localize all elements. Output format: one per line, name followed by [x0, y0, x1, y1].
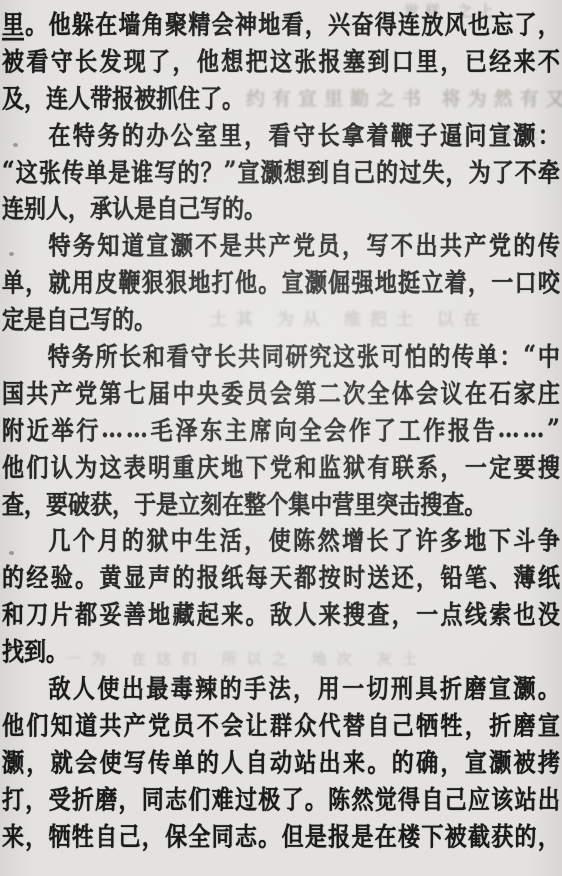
glyph: 经: [26, 559, 48, 595]
glyph: 报: [448, 411, 470, 447]
glyph: 毒: [171, 669, 193, 705]
glyph: 全: [367, 374, 389, 410]
glyph: 同: [212, 817, 234, 853]
glyph: 月: [97, 522, 119, 558]
glyph: 让: [246, 706, 268, 742]
glyph: 获: [90, 485, 112, 521]
glyph: 查: [2, 485, 24, 521]
glyph: 难: [212, 780, 234, 816]
glyph: 宣: [489, 116, 511, 152]
glyph: 出: [319, 743, 341, 779]
glyph: 众: [294, 706, 316, 742]
glyph: 会: [324, 411, 346, 447]
glyph: 兴: [328, 5, 350, 41]
glyph: 活: [220, 522, 242, 558]
glyph: 张: [357, 337, 379, 373]
glyph: 墙: [118, 5, 140, 41]
glyph: 保: [165, 817, 187, 853]
glyph: 的: [112, 301, 134, 337]
glyph: 单: [85, 153, 107, 189]
glyph: 的: [173, 559, 195, 595]
glyph: 向: [275, 411, 297, 447]
glyph: 他: [2, 448, 24, 484]
glyph: 极: [258, 780, 280, 816]
glyph: 。: [75, 559, 97, 595]
glyph: ，: [25, 817, 47, 853]
glyph: ，: [293, 669, 315, 705]
glyph: 击: [398, 485, 420, 521]
glyph: 来: [343, 743, 365, 779]
glyph: 狱: [146, 522, 168, 558]
glyph: 挺: [398, 264, 420, 300]
glyph: “: [523, 340, 536, 370]
glyph: 自: [246, 743, 268, 779]
glyph: 来: [319, 596, 341, 632]
glyph: ，: [244, 116, 266, 152]
glyph: 放: [421, 5, 443, 41]
glyph: 狱: [343, 448, 365, 484]
glyph: 他: [2, 706, 24, 742]
glyph: 是: [351, 817, 373, 853]
glyph: 验: [51, 559, 73, 595]
glyph: 。: [244, 190, 266, 226]
glyph: 不: [515, 153, 537, 189]
glyph: 张: [39, 153, 61, 189]
glyph: 许: [415, 522, 437, 558]
glyph: 奋: [351, 5, 373, 41]
glyph: 二: [319, 374, 341, 410]
glyph: 获: [491, 817, 513, 853]
glyph: 宣: [237, 153, 259, 189]
glyph: ”: [547, 414, 560, 444]
glyph: 查: [442, 485, 464, 521]
glyph: 牺: [416, 706, 438, 742]
glyph: 体: [392, 374, 414, 410]
glyph: 要: [514, 448, 536, 484]
glyph: 席: [250, 411, 272, 447]
glyph: 公: [171, 116, 193, 152]
glyph: 报: [328, 817, 350, 853]
glyph: 承: [90, 190, 112, 226]
glyph: 他: [197, 42, 219, 78]
glyph: 是: [108, 153, 130, 189]
glyph: 确: [416, 743, 438, 779]
glyph: 口: [515, 264, 537, 300]
glyph: 皮: [95, 264, 117, 300]
glyph: ，: [342, 227, 364, 263]
glyph: 写: [90, 301, 112, 337]
glyph: 也: [514, 596, 536, 632]
glyph: 人: [73, 669, 95, 705]
glyph: 守: [51, 42, 73, 78]
glyph: 现: [124, 42, 146, 78]
glyph: 党: [293, 227, 315, 263]
glyph: 群: [270, 706, 292, 742]
glyph: 产: [464, 227, 486, 263]
glyph: 。: [25, 5, 47, 41]
glyph: 出: [122, 669, 144, 705]
glyph: 同: [142, 780, 164, 816]
glyph: 自: [46, 301, 68, 337]
glyph: ”: [224, 156, 237, 186]
glyph: 产: [124, 706, 146, 742]
glyph: 和: [143, 337, 165, 373]
glyph: 磨: [464, 669, 486, 705]
glyph: 。: [222, 79, 244, 115]
glyph: “: [2, 156, 15, 186]
glyph: 就: [51, 743, 73, 779]
glyph: 送: [367, 559, 389, 595]
glyph: 宣: [465, 743, 487, 779]
glyph: 搜: [420, 485, 442, 521]
glyph: 第: [294, 374, 316, 410]
glyph: 守: [293, 116, 315, 152]
glyph: ，: [538, 817, 560, 853]
glyph: 泽: [175, 411, 197, 447]
glyph: 来: [514, 42, 536, 78]
glyph: 手: [244, 669, 266, 705]
glyph: 。: [305, 780, 327, 816]
glyph: 笔: [465, 559, 487, 595]
glyph: 鞭: [391, 116, 413, 152]
glyph: 共: [26, 374, 48, 410]
glyph: 。: [367, 743, 389, 779]
glyph: 长: [214, 337, 236, 373]
glyph: 了: [492, 153, 514, 189]
glyph: 点: [440, 596, 462, 632]
glyph: 具: [415, 669, 437, 705]
glyph: 站: [294, 743, 316, 779]
glyph: 角: [142, 5, 164, 41]
glyph: 不: [391, 227, 413, 263]
glyph: 声: [148, 559, 170, 595]
glyph: 使: [269, 522, 291, 558]
glyph: 举: [52, 411, 74, 447]
glyph: 索: [489, 596, 511, 632]
glyph: 灏: [171, 227, 193, 263]
glyph: 牵: [538, 153, 560, 189]
glyph: 可: [381, 337, 403, 373]
glyph: 片: [51, 596, 73, 632]
body-text: 里。他躲在墙角聚精会神地看，兴奋得连放风也忘了，被看守长发现了，他想把这张报塞到…: [2, 5, 560, 853]
glyph: 务: [97, 116, 119, 152]
glyph: 知: [51, 706, 73, 742]
glyph: 宣: [538, 706, 560, 742]
glyph: 塞: [343, 42, 365, 78]
glyph: 别: [24, 190, 46, 226]
glyph: 附: [2, 411, 24, 447]
glyph: ，: [440, 743, 462, 779]
glyph: 然: [351, 780, 373, 816]
glyph: 子: [415, 116, 437, 152]
scanned-page: 世样 之上约有宣里勤之书 将为然有又上是 上土其 为从 维把土 以在一为 在这们…: [0, 0, 562, 876]
glyph: 己: [392, 706, 414, 742]
glyph: 黄: [99, 559, 121, 595]
glyph: 藏: [173, 596, 195, 632]
glyph: 单: [476, 337, 498, 373]
glyph: 的: [222, 190, 244, 226]
glyph: 重: [173, 448, 195, 484]
glyph: 主: [225, 411, 247, 447]
glyph: 员: [173, 706, 195, 742]
glyph: 自: [156, 190, 178, 226]
glyph: 志: [165, 780, 187, 816]
glyph: ，: [142, 817, 164, 853]
glyph: 代: [319, 706, 341, 742]
glyph: 会: [270, 374, 292, 410]
glyph: 在: [222, 485, 244, 521]
glyph: 的: [220, 669, 242, 705]
glyph: 就: [49, 264, 71, 300]
glyph: 系: [416, 448, 438, 484]
glyph: 工: [398, 411, 420, 447]
glyph: 国: [2, 374, 24, 410]
glyph: 立: [421, 264, 443, 300]
glyph: 显: [124, 559, 146, 595]
glyph: ，: [118, 780, 140, 816]
glyph: 自: [421, 780, 443, 816]
glyph: 是: [305, 817, 327, 853]
glyph: 写: [124, 743, 146, 779]
glyph: 下: [246, 448, 268, 484]
glyph: 都: [75, 596, 97, 632]
glyph: 员: [318, 227, 340, 263]
glyph: 线: [465, 596, 487, 632]
glyph: 这: [16, 153, 38, 189]
glyph: ，: [173, 42, 195, 78]
glyph: 营: [332, 485, 354, 521]
glyph: 们: [26, 448, 48, 484]
glyph: 动: [270, 743, 292, 779]
glyph: 传: [148, 743, 170, 779]
glyph: 道: [75, 706, 97, 742]
glyph: 看: [269, 116, 291, 152]
glyph: 央: [197, 374, 219, 410]
glyph: 。: [134, 301, 156, 337]
glyph: 写: [154, 153, 176, 189]
glyph: 里: [2, 5, 24, 41]
glyph: 站: [515, 780, 537, 816]
glyph: 但: [282, 817, 304, 853]
glyph: 不: [538, 42, 560, 78]
glyph: 宣: [282, 264, 304, 300]
glyph: 拷: [538, 743, 560, 779]
glyph: 的: [122, 522, 144, 558]
glyph: 被: [134, 79, 156, 115]
glyph: 打: [212, 264, 234, 300]
glyph: ，: [26, 743, 48, 779]
glyph: 鞭: [118, 264, 140, 300]
glyph: 陈: [328, 780, 350, 816]
glyph: 整: [244, 485, 266, 521]
glyph: 被: [445, 817, 467, 853]
glyph: 守: [190, 337, 212, 373]
glyph: 已: [465, 42, 487, 78]
glyph: 是: [156, 485, 178, 521]
glyph: 忘: [491, 5, 513, 41]
glyph: 委: [221, 374, 243, 410]
glyph: 宣: [489, 669, 511, 705]
glyph: 薄: [514, 559, 536, 595]
glyph: 东: [200, 411, 222, 447]
glyph: 的: [513, 227, 535, 263]
glyph: 己: [445, 780, 467, 816]
glyph: 传: [452, 337, 474, 373]
glyph: 自: [330, 153, 352, 189]
glyph: 中: [173, 374, 195, 410]
glyph: 同: [262, 337, 284, 373]
glyph: 打: [2, 780, 24, 816]
glyph: 他: [235, 264, 257, 300]
glyph: 和: [2, 596, 24, 632]
glyph: ，: [465, 706, 487, 742]
glyph: 还: [392, 559, 414, 595]
glyph: 灏: [261, 153, 283, 189]
glyph: 在: [48, 116, 70, 152]
glyph: 是: [134, 190, 156, 226]
glyph: 问: [464, 116, 486, 152]
glyph: 作: [349, 411, 371, 447]
glyph: 宣: [146, 227, 168, 263]
glyph: 了: [148, 42, 170, 78]
glyph: 也: [468, 5, 490, 41]
glyph: 。: [538, 669, 560, 705]
glyph: 善: [124, 596, 146, 632]
glyph: 张: [294, 42, 316, 78]
glyph: 下: [489, 522, 511, 558]
glyph: 中: [310, 485, 332, 521]
glyph: 表: [124, 448, 146, 484]
glyph: 。: [258, 817, 280, 853]
glyph: 灏: [513, 669, 535, 705]
glyph: 到: [24, 633, 46, 669]
glyph: 。: [464, 485, 486, 521]
glyph: 七: [124, 374, 146, 410]
glyph: 风: [445, 5, 467, 41]
glyph: 口: [392, 42, 414, 78]
glyph: 中: [538, 337, 560, 373]
glyph: 牺: [49, 817, 71, 853]
glyph: 是: [24, 301, 46, 337]
glyph: 第: [99, 374, 121, 410]
glyph: 了: [515, 5, 537, 41]
glyph: 了: [391, 522, 413, 558]
glyph: 每: [246, 559, 268, 595]
glyph: 了: [374, 411, 396, 447]
glyph: 产: [51, 374, 73, 410]
glyph: 过: [399, 153, 421, 189]
glyph: 传: [62, 153, 84, 189]
glyph: 想: [284, 153, 306, 189]
glyph: 共: [244, 227, 266, 263]
glyph: 谁: [131, 153, 153, 189]
glyph: 灏: [305, 264, 327, 300]
glyph: 为: [469, 153, 491, 189]
glyph: 们: [26, 706, 48, 742]
glyph: 灏: [2, 743, 24, 779]
glyph: 得: [375, 5, 397, 41]
glyph: 下: [421, 817, 443, 853]
glyph: 逼: [440, 116, 462, 152]
glyph: 。: [258, 264, 280, 300]
glyph: 及: [2, 79, 24, 115]
glyph: 了: [282, 780, 304, 816]
glyph: ，: [445, 153, 467, 189]
glyph: 己: [118, 817, 140, 853]
glyph: 看: [282, 5, 304, 41]
glyph: 刀: [26, 596, 48, 632]
glyph: 到: [367, 42, 389, 78]
glyph: 破: [68, 485, 90, 521]
glyph: 地: [148, 596, 170, 632]
glyph: 切: [367, 669, 389, 705]
glyph: 共: [440, 227, 462, 263]
glyph: 增: [342, 522, 364, 558]
glyph: 、: [489, 559, 511, 595]
glyph: 地: [375, 264, 397, 300]
glyph: 报: [319, 42, 341, 78]
glyph: 这: [270, 42, 292, 78]
glyph: ，: [25, 264, 47, 300]
text-line: 来，牺牲自己，保全同志。但是报是在楼下被截获的，: [2, 814, 560, 857]
glyph: 发: [99, 42, 121, 78]
glyph: 法: [269, 669, 291, 705]
glyph: 明: [148, 448, 170, 484]
glyph: 最: [146, 669, 168, 705]
glyph: 会: [75, 743, 97, 779]
glyph: 敌: [48, 669, 70, 705]
glyph: 都: [294, 559, 316, 595]
glyph: ，: [440, 448, 462, 484]
glyph: 全: [299, 411, 321, 447]
glyph: 党: [148, 706, 170, 742]
glyph: 灏: [489, 743, 511, 779]
glyph: 于: [134, 485, 156, 521]
glyph: 着: [445, 264, 467, 300]
glyph: 立: [178, 485, 200, 521]
glyph: 用: [72, 264, 94, 300]
glyph: ，: [468, 264, 490, 300]
glyph: 有: [367, 448, 389, 484]
glyph: 抓: [156, 79, 178, 115]
glyph: 在: [375, 817, 397, 853]
glyph: 磨: [514, 706, 536, 742]
glyph: 找: [2, 633, 24, 669]
glyph: 用: [318, 669, 340, 705]
glyph: 地: [188, 264, 210, 300]
glyph: 折: [72, 780, 94, 816]
glyph: 报: [197, 559, 219, 595]
glyph: 看: [167, 337, 189, 373]
glyph: ，: [538, 5, 560, 41]
glyph: 没: [538, 596, 560, 632]
glyph: 己: [353, 153, 375, 189]
glyph: 和: [294, 448, 316, 484]
glyph: 多: [440, 522, 462, 558]
glyph: 志: [235, 817, 257, 853]
glyph: 觉: [375, 780, 397, 816]
glyph: 自: [367, 706, 389, 742]
glyph: 在: [465, 374, 487, 410]
glyph: 刑: [391, 669, 413, 705]
glyph: 铅: [440, 559, 462, 595]
glyph: 毛: [151, 411, 173, 447]
glyph: 的: [122, 116, 144, 152]
glyph: 着: [367, 116, 389, 152]
glyph: 受: [49, 780, 71, 816]
glyph: 监: [319, 448, 341, 484]
glyph: 庆: [197, 448, 219, 484]
